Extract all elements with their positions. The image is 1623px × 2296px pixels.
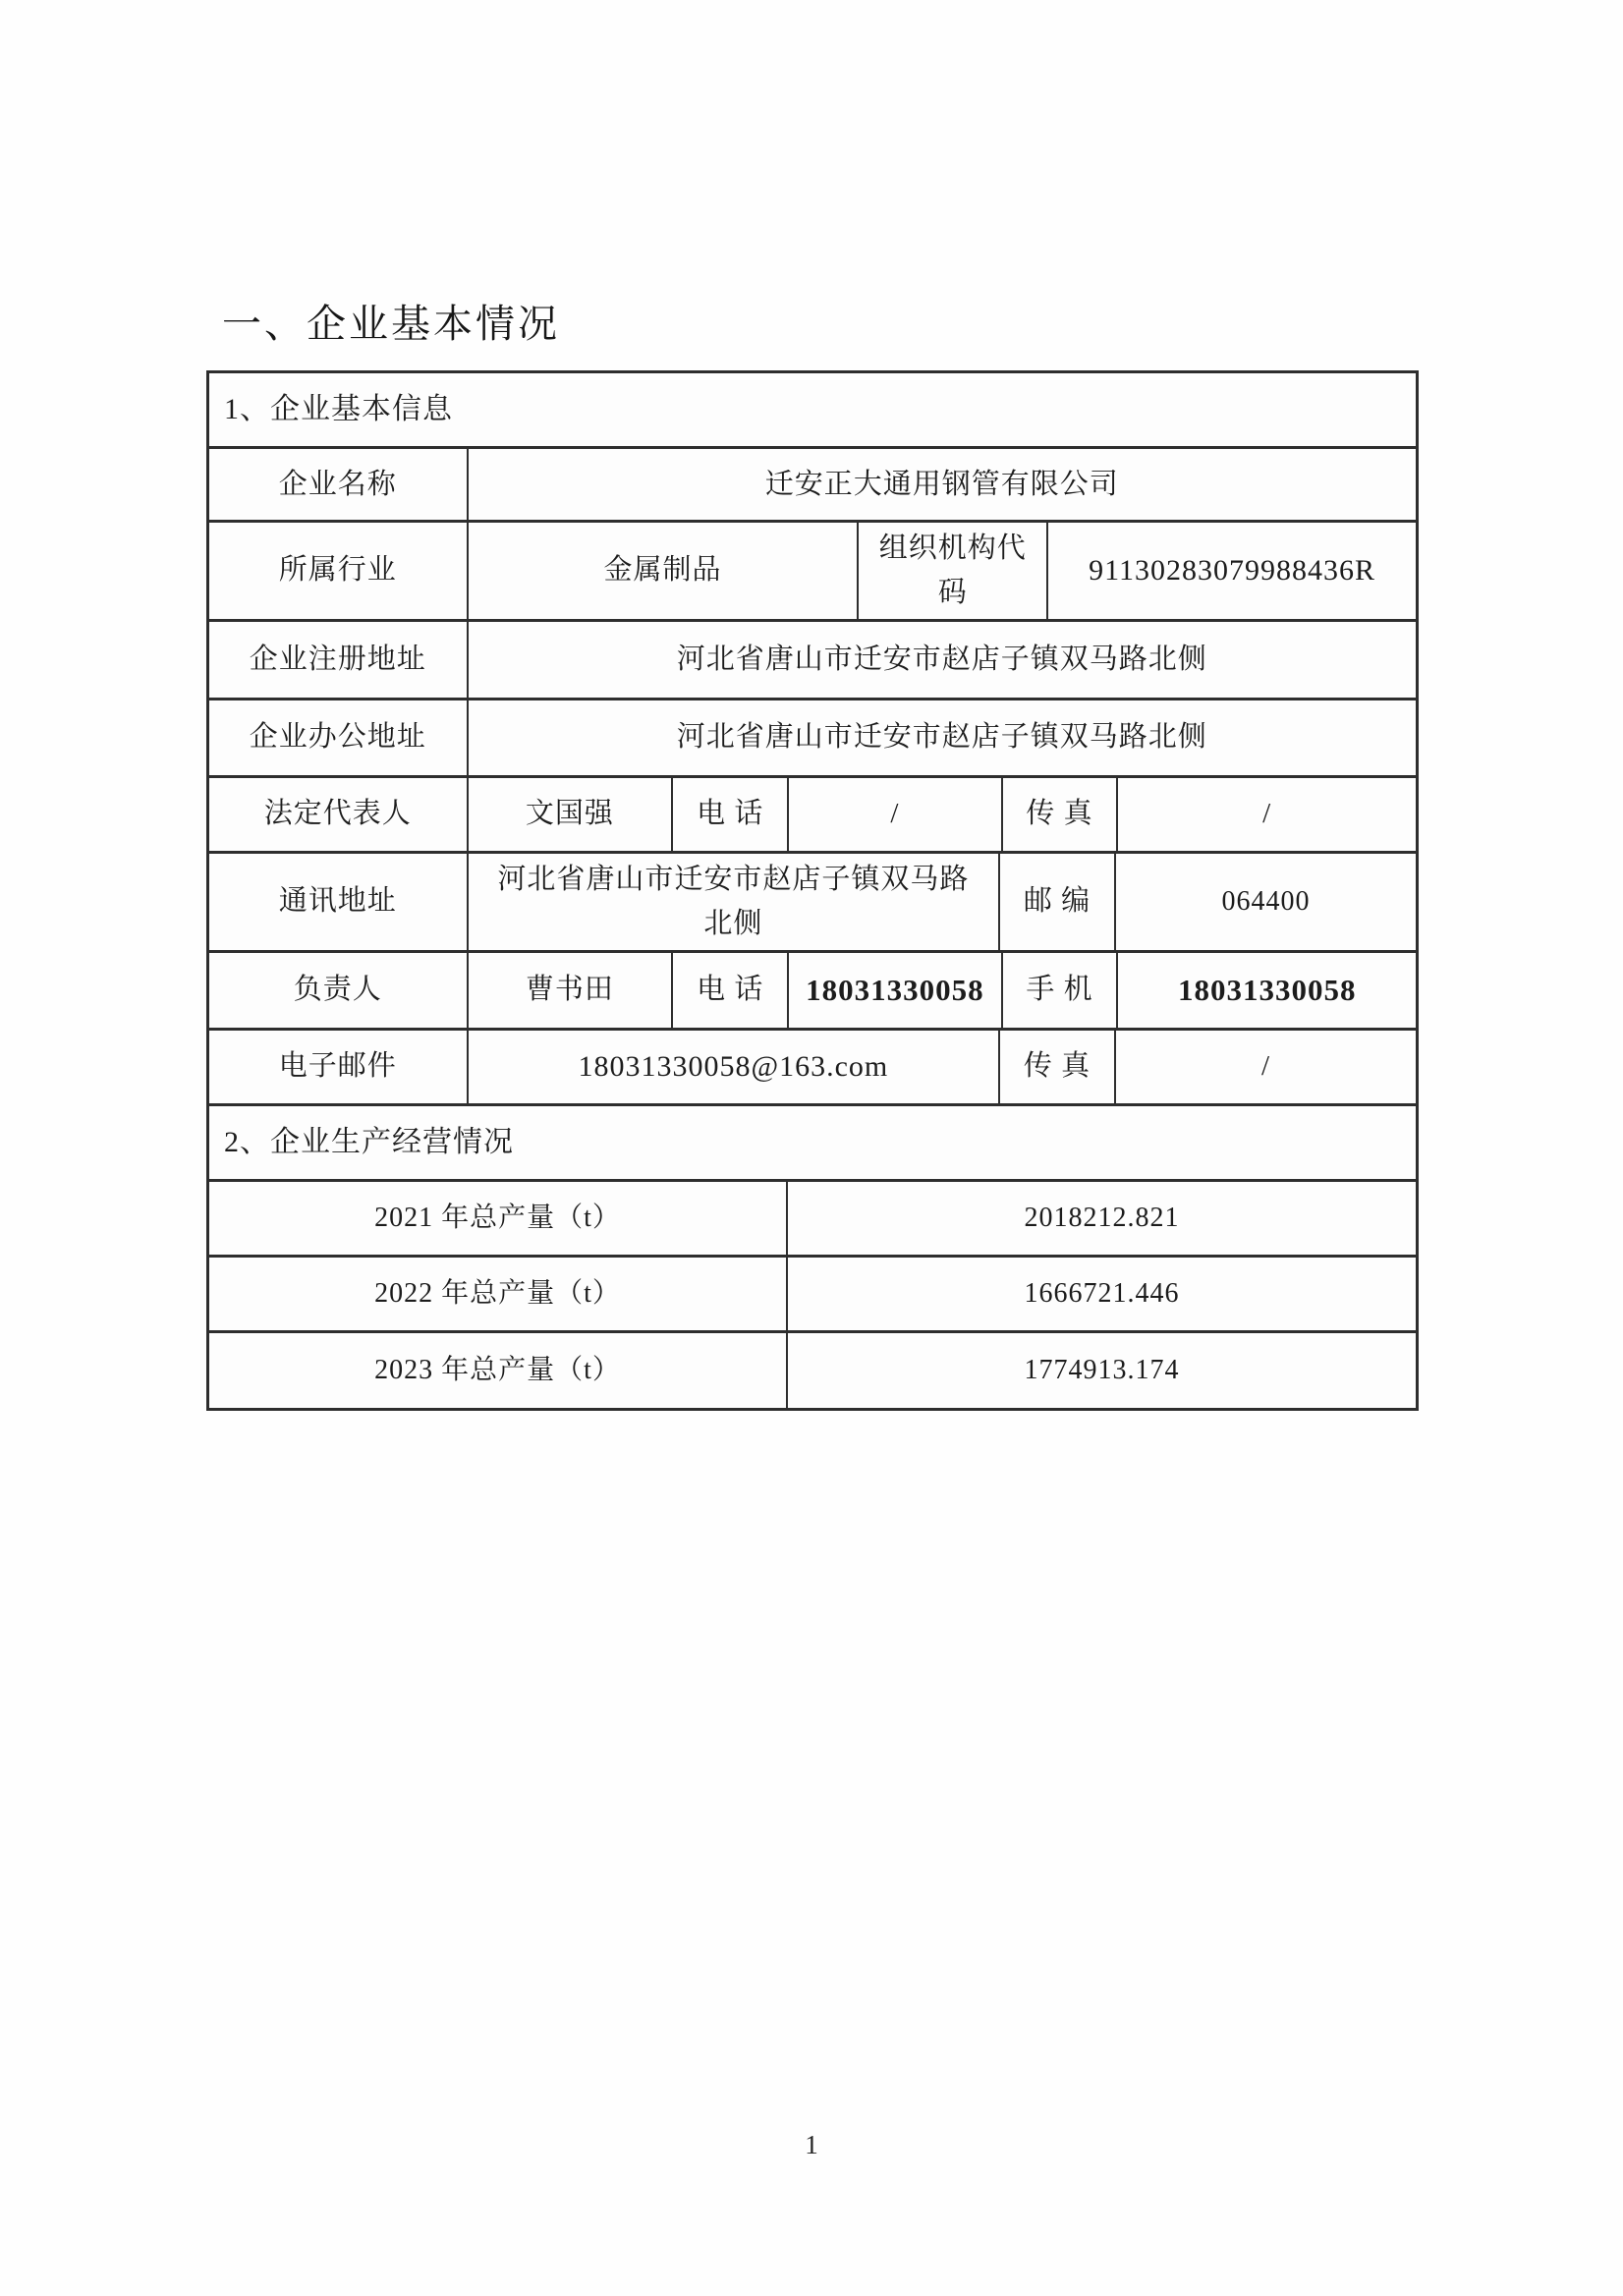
mailing-address-label: 通讯地址 xyxy=(209,854,467,950)
office-address-row: 企业办公地址 河北省唐山市迁安市赵店子镇双马路北侧 xyxy=(209,698,1416,775)
manager-mobile-label: 手 机 xyxy=(1001,953,1117,1028)
legal-rep-label: 法定代表人 xyxy=(209,778,467,851)
manager-row: 负责人 曹书田 电 话 18031330058 手 机 18031330058 xyxy=(209,950,1416,1028)
legal-rep-name: 文国强 xyxy=(467,778,672,851)
legal-rep-fax-value: / xyxy=(1116,778,1416,851)
production-2023-row: 2023 年总产量（t） 1774913.174 xyxy=(209,1330,1416,1408)
org-code-value: 91130283079988436R xyxy=(1046,523,1416,619)
legal-rep-phone-value: / xyxy=(787,778,1000,851)
registered-address-row: 企业注册地址 河北省唐山市迁安市赵店子镇双马路北侧 xyxy=(209,619,1416,698)
email-value: 18031330058@163.com xyxy=(467,1031,999,1103)
production-2023-label: 2023 年总产量（t） xyxy=(209,1333,786,1408)
company-name-label: 企业名称 xyxy=(209,449,467,520)
office-address-label: 企业办公地址 xyxy=(209,700,467,775)
manager-phone-value: 18031330058 xyxy=(787,953,1000,1028)
email-label: 电子邮件 xyxy=(209,1031,467,1103)
zip-value: 064400 xyxy=(1114,854,1416,950)
document-page: 一、企业基本情况 1、企业基本信息 企业名称 迁安正大通用钢管有限公司 所属行业… xyxy=(0,0,1623,2296)
mailing-address-value: 河北省唐山市迁安市赵店子镇双马路北侧 xyxy=(467,854,999,950)
manager-name: 曹书田 xyxy=(467,953,672,1028)
section2-header-row: 2、企业生产经营情况 xyxy=(209,1103,1416,1179)
industry-row: 所属行业 金属制品 组织机构代码 91130283079988436R xyxy=(209,520,1416,619)
zip-label: 邮 编 xyxy=(998,854,1114,950)
registered-address-label: 企业注册地址 xyxy=(209,622,467,698)
section2-header: 2、企业生产经营情况 xyxy=(209,1106,1416,1179)
legal-rep-fax-label: 传 真 xyxy=(1001,778,1117,851)
industry-value: 金属制品 xyxy=(467,523,858,619)
section1-header: 1、企业基本信息 xyxy=(209,373,1416,446)
email-fax-value: / xyxy=(1114,1031,1416,1103)
manager-mobile-value: 18031330058 xyxy=(1116,953,1416,1028)
legal-representative-row: 法定代表人 文国强 电 话 / 传 真 / xyxy=(209,775,1416,851)
manager-label: 负责人 xyxy=(209,953,467,1028)
page-title: 一、企业基本情况 xyxy=(222,293,560,349)
legal-rep-phone-label: 电 话 xyxy=(671,778,787,851)
email-fax-label: 传 真 xyxy=(998,1031,1114,1103)
production-2021-label: 2021 年总产量（t） xyxy=(209,1182,786,1255)
production-2022-label: 2022 年总产量（t） xyxy=(209,1258,786,1330)
registered-address-value: 河北省唐山市迁安市赵店子镇双马路北侧 xyxy=(467,622,1416,698)
industry-label: 所属行业 xyxy=(209,523,467,619)
company-name-row: 企业名称 迁安正大通用钢管有限公司 xyxy=(209,446,1416,520)
email-row: 电子邮件 18031330058@163.com 传 真 / xyxy=(209,1028,1416,1103)
section1-header-row: 1、企业基本信息 xyxy=(209,373,1416,446)
production-2021-value: 2018212.821 xyxy=(786,1182,1416,1255)
mailing-address-row: 通讯地址 河北省唐山市迁安市赵店子镇双马路北侧 邮 编 064400 xyxy=(209,851,1416,950)
company-name-value: 迁安正大通用钢管有限公司 xyxy=(467,449,1416,520)
production-2023-value: 1774913.174 xyxy=(786,1333,1416,1408)
enterprise-info-table: 1、企业基本信息 企业名称 迁安正大通用钢管有限公司 所属行业 金属制品 组织机… xyxy=(206,370,1419,1411)
page-number: 1 xyxy=(0,2130,1623,2160)
office-address-value: 河北省唐山市迁安市赵店子镇双马路北侧 xyxy=(467,700,1416,775)
org-code-label: 组织机构代码 xyxy=(857,523,1046,619)
production-2022-value: 1666721.446 xyxy=(786,1258,1416,1330)
manager-phone-label: 电 话 xyxy=(671,953,787,1028)
production-2021-row: 2021 年总产量（t） 2018212.821 xyxy=(209,1179,1416,1255)
production-2022-row: 2022 年总产量（t） 1666721.446 xyxy=(209,1255,1416,1330)
